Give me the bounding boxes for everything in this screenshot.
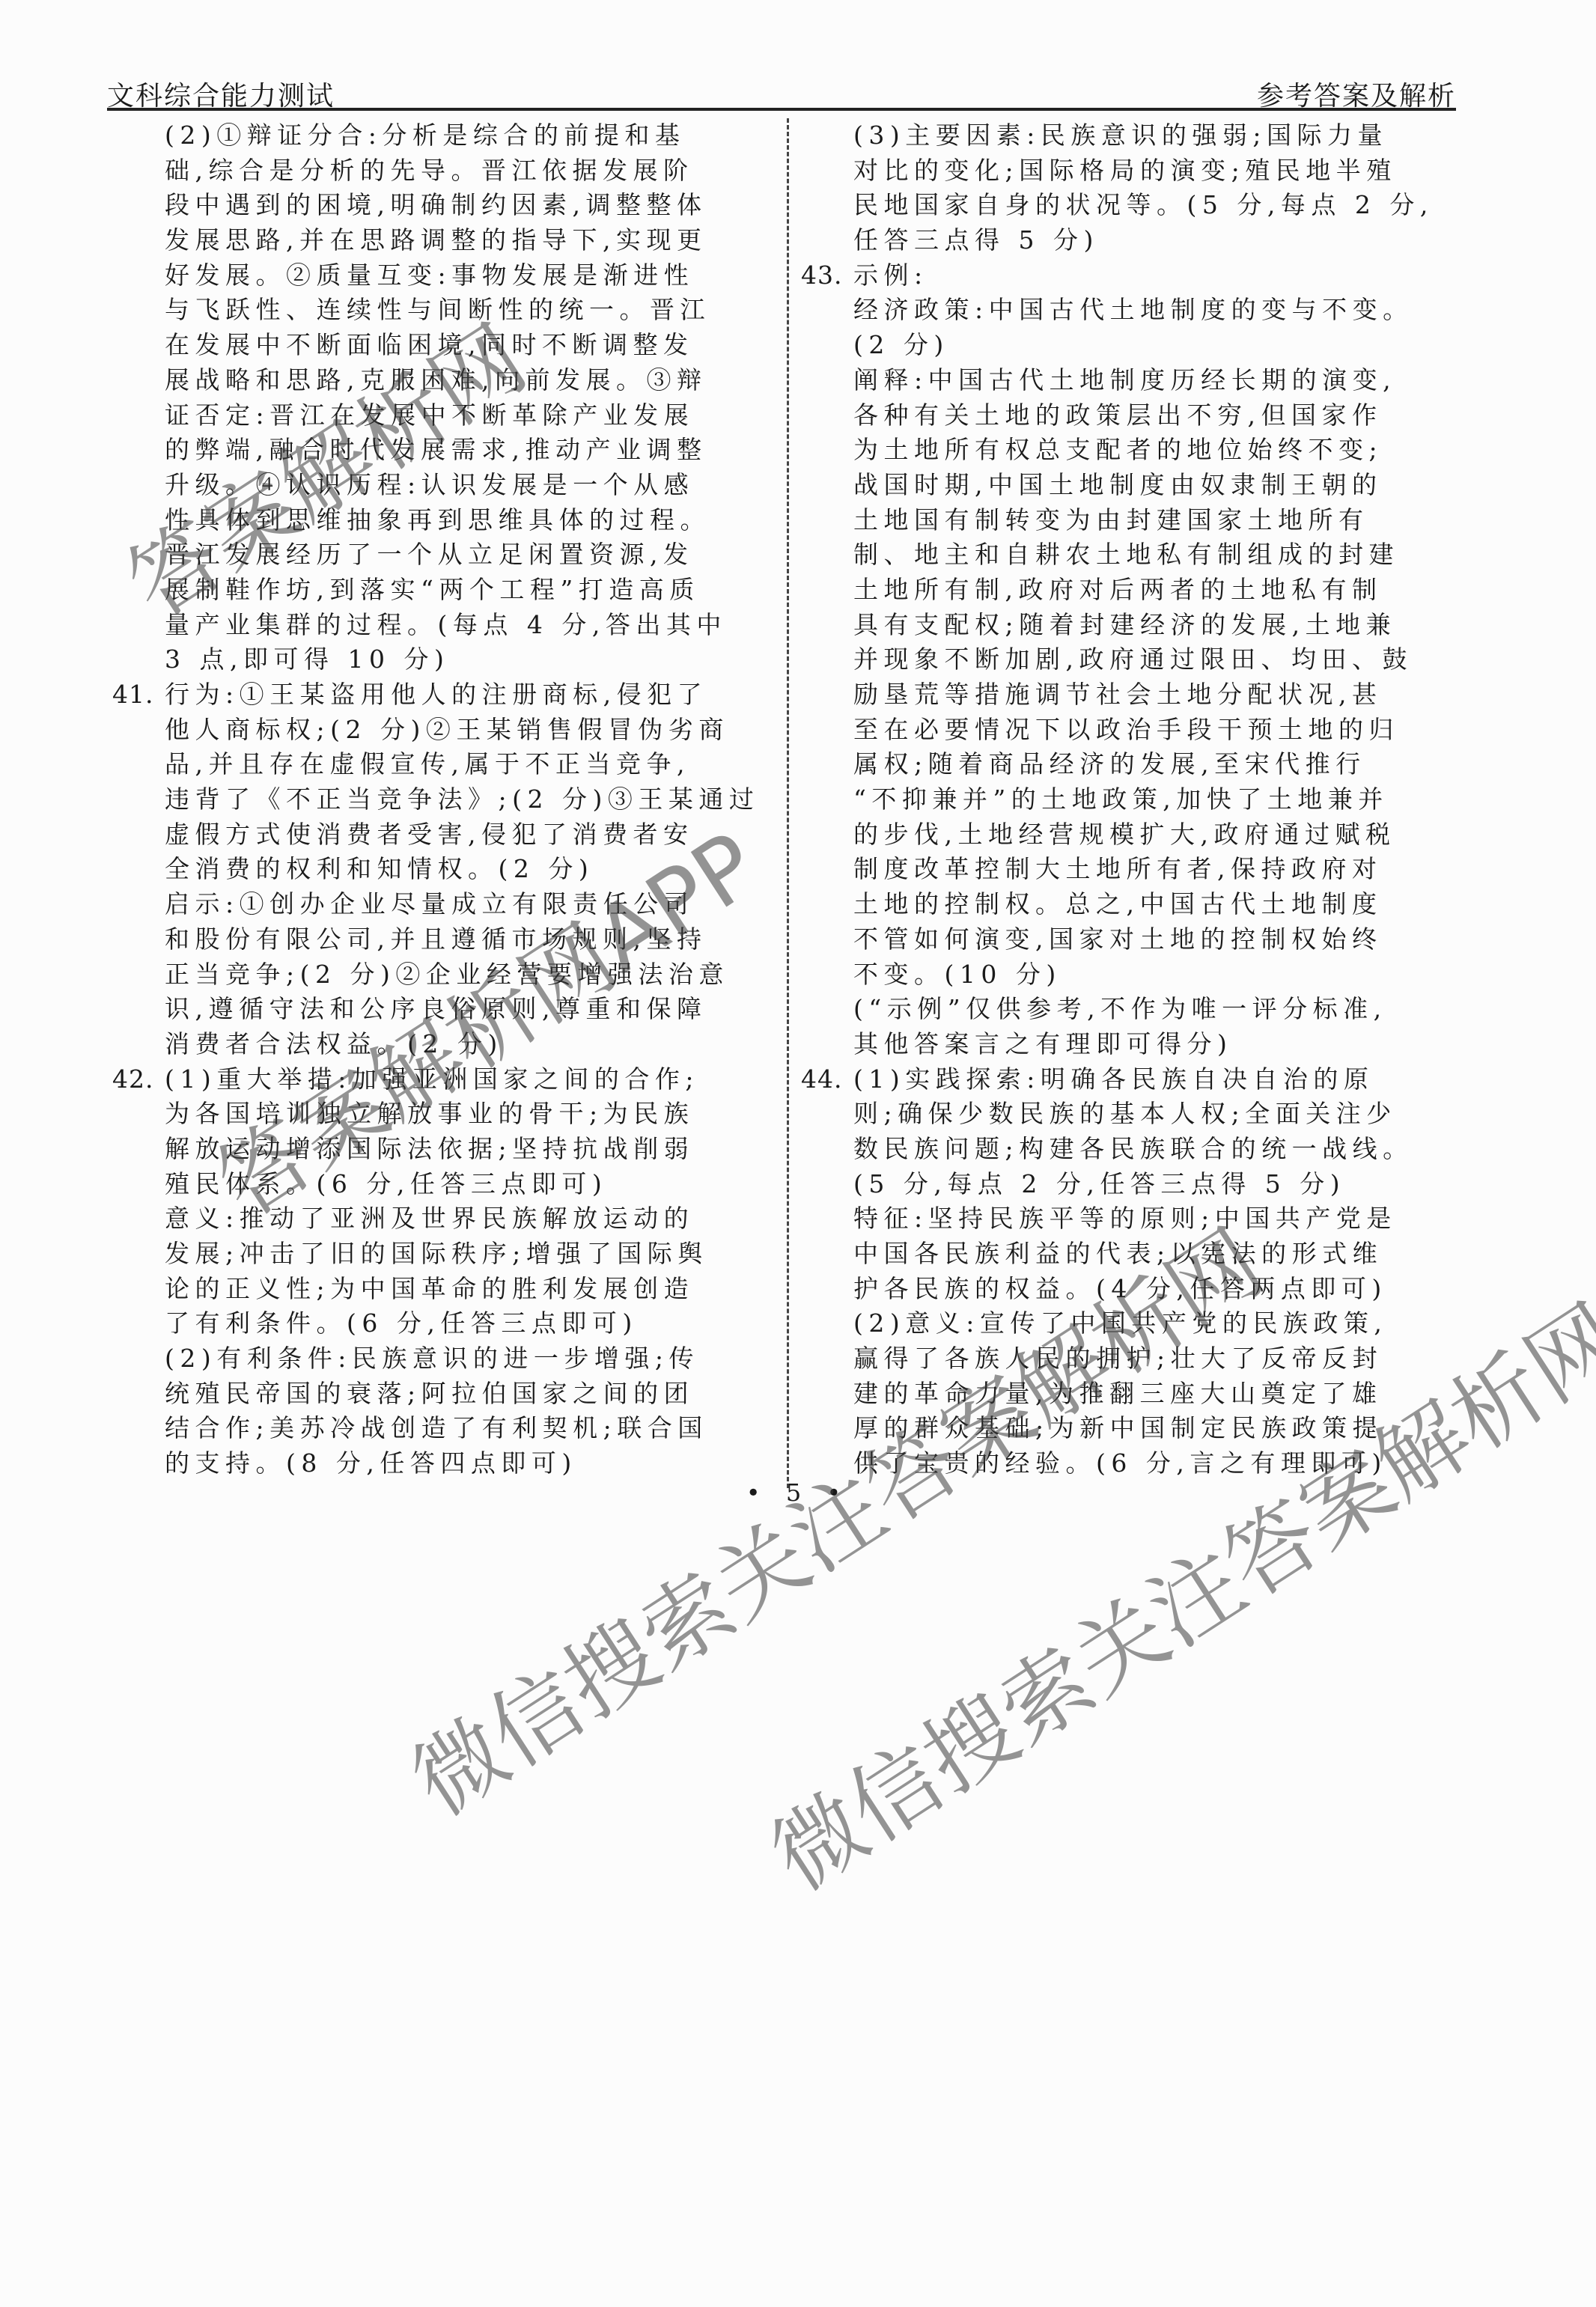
line-text: 展制鞋作坊,到落实“两个工程”打造高质 — [165, 575, 700, 604]
line-text: 建的革命力量,为推翻三座大山奠定了雄 — [853, 1379, 1383, 1408]
line-text: 为土地所有权总支配者的地位始终不变; — [853, 435, 1383, 464]
line-text: 则;确保少数民族的基本人权;全面关注少 — [853, 1099, 1397, 1128]
line-text: 证否定:晋江在发展中不断革除产业发展 — [165, 400, 694, 430]
text-line: 励垦荒等措施调节社会土地分配状况,甚 — [853, 677, 1460, 713]
text-line: 43.示例: — [853, 258, 1460, 293]
text-line: 任答三点得 5 分) — [853, 223, 1460, 258]
text-line: 数民族问题;构建各民族联合的统一战线。 — [853, 1132, 1460, 1167]
line-text: 殖民体系。(6 分,任答三点即可) — [165, 1169, 607, 1198]
line-text: 结合作;美苏冷战创造了有利契机;联合国 — [165, 1413, 708, 1442]
line-text: 对比的变化;国际格局的演变;殖民地半殖 — [853, 156, 1397, 185]
left-answer-column: (2)①辩证分合:分析是综合的前提和基础,综合是分析的先导。晋江依据发展阶段中遇… — [165, 118, 771, 1481]
text-line: 了有利条件。(6 分,任答三点即可) — [165, 1306, 771, 1341]
text-line: 民地国家自身的状况等。(5 分,每点 2 分, — [853, 188, 1460, 223]
text-line: “不抑兼并”的土地政策,加快了土地兼并 — [853, 782, 1460, 817]
text-line: 发展;冲击了旧的国际秩序;增强了国际舆 — [165, 1237, 771, 1272]
text-line: 量产业集群的过程。(每点 4 分,答出其中 — [165, 608, 771, 643]
line-text: 的支持。(8 分,任答四点即可) — [165, 1448, 577, 1478]
text-line: 为土地所有权总支配者的地位始终不变; — [853, 433, 1460, 468]
line-text: 启示:①创办企业尽量成立有限责任公司 — [165, 889, 694, 918]
text-line: (2)意义:宣传了中国共产党的民族政策, — [853, 1306, 1460, 1341]
line-text: 并现象不断加剧,政府通过限田、均田、鼓 — [853, 644, 1413, 674]
line-text: 他人商标权;(2 分)②王某销售假冒伪劣商 — [165, 715, 729, 744]
line-text: (2)意义:宣传了中国共产党的民族政策, — [853, 1308, 1387, 1338]
line-text: 晋江发展经历了一个从立足闲置资源,发 — [165, 540, 694, 569]
line-text: 统殖民帝国的衰落;阿拉伯国家之间的团 — [165, 1379, 694, 1408]
text-line: 土地的控制权。总之,中国古代土地制度 — [853, 887, 1460, 922]
text-line: 供了宝贵的经验。(6 分,言之有理即可) — [853, 1446, 1460, 1481]
line-text: 发展思路,并在思路调整的指导下,实现更 — [165, 225, 707, 255]
line-text: 性具体到思维抽象再到思维具体的过程。 — [165, 505, 710, 534]
text-line: 他人商标权;(2 分)②王某销售假冒伪劣商 — [165, 713, 771, 748]
line-text: 消费者合法权益。(2 分) — [165, 1029, 503, 1058]
text-line: 并现象不断加剧,政府通过限田、均田、鼓 — [853, 642, 1460, 677]
text-line: 解放运动增添国际法依据;坚持抗战削弱 — [165, 1132, 771, 1167]
line-text: 违背了《不正当竞争法》;(2 分)③王某通过 — [165, 784, 759, 814]
line-text: 为各国培训独立解放事业的骨干;为民族 — [165, 1099, 694, 1128]
line-text: 经济政策:中国古代土地制度的变与不变。 — [853, 295, 1413, 324]
line-text: 中国各民族利益的代表;以宪法的形式维 — [853, 1239, 1383, 1268]
text-line: 土地所有制,政府对后两者的土地私有制 — [853, 573, 1460, 608]
text-line: 制、地主和自耕农土地私有制组成的封建 — [853, 537, 1460, 573]
line-text: 土地国有制转变为由封建国家土地所有 — [853, 505, 1369, 534]
text-line: 赢得了各族人民的拥护;壮大了反帝反封 — [853, 1341, 1460, 1377]
line-text: 供了宝贵的经验。(6 分,言之有理即可) — [853, 1448, 1387, 1478]
line-text: 土地所有制,政府对后两者的土地私有制 — [853, 575, 1383, 604]
line-text: 全消费的权利和知情权。(2 分) — [165, 854, 594, 883]
line-text: 特征:坚持民族平等的原则;中国共产党是 — [853, 1204, 1397, 1233]
text-line: (3)主要因素:民族意识的强弱;国际力量 — [853, 118, 1460, 153]
line-text: 发展;冲击了旧的国际秩序;增强了国际舆 — [165, 1239, 708, 1268]
text-line: 性具体到思维抽象再到思维具体的过程。 — [165, 503, 771, 538]
text-line: 识,遵循守法和公序良俗原则,尊重和保障 — [165, 992, 771, 1027]
text-line: 品,并且存在虚假宣传,属于不正当竞争, — [165, 747, 771, 782]
line-text: 各种有关土地的政策层出不穷,但国家作 — [853, 400, 1383, 430]
line-text: 数民族问题;构建各民族联合的统一战线。 — [853, 1134, 1413, 1163]
line-text: 虚假方式使消费者受害,侵犯了消费者安 — [165, 820, 694, 849]
line-text: (5 分,每点 2 分,任答三点得 5 分) — [853, 1169, 1345, 1198]
text-line: 护各民族的权益。(4 分,任答两点即可) — [853, 1272, 1460, 1307]
line-text: 升级。④认识历程:认识发展是一个从感 — [165, 470, 694, 499]
page-number: • 5 • — [0, 1478, 1596, 1507]
line-text: 3 点,即可得 10 分) — [165, 644, 449, 674]
text-line: 展战略和思路,克服困难,向前发展。③辩 — [165, 363, 771, 398]
text-line: 42.(1)重大举措:加强亚洲国家之间的合作; — [165, 1062, 771, 1097]
line-text: 不变。(10 分) — [853, 960, 1062, 989]
line-text: 品,并且存在虚假宣传,属于不正当竞争, — [165, 749, 690, 778]
text-line: 础,综合是分析的先导。晋江依据发展阶 — [165, 153, 771, 189]
line-text: 的弊端,融合时代发展需求,推动产业调整 — [165, 435, 707, 464]
line-text: 励垦荒等措施调节社会土地分配状况,甚 — [853, 680, 1383, 709]
line-text: 民地国家自身的状况等。(5 分,每点 2 分, — [853, 190, 1434, 219]
text-line: 违背了《不正当竞争法》;(2 分)③王某通过 — [165, 782, 771, 817]
line-text: 战国时期,中国土地制度由奴隶制王朝的 — [853, 470, 1383, 499]
text-line: 全消费的权利和知情权。(2 分) — [165, 852, 771, 887]
line-text: 行为:①王某盗用他人的注册商标,侵犯了 — [165, 680, 707, 709]
text-line: 建的革命力量,为推翻三座大山奠定了雄 — [853, 1377, 1460, 1412]
question-number: 43. — [801, 258, 842, 293]
text-line: 则;确保少数民族的基本人权;全面关注少 — [853, 1097, 1460, 1132]
line-text: 的步伐,土地经营规模扩大,政府通过赋税 — [853, 820, 1395, 849]
text-line: 意义:推动了亚洲及世界民族解放运动的 — [165, 1201, 771, 1237]
text-line: 制度改革控制大土地所有者,保持政府对 — [853, 852, 1460, 887]
text-line: (“示例”仅供参考,不作为唯一评分标准, — [853, 992, 1460, 1027]
text-line: 在发展中不断面临困境,同时不断调整发 — [165, 328, 771, 363]
text-line: 为各国培训独立解放事业的骨干;为民族 — [165, 1097, 771, 1132]
line-text: 厚的群众基础;为新中国制定民族政策提 — [853, 1413, 1383, 1442]
line-text: 正当竞争;(2 分)②企业经营要增强法治意 — [165, 960, 729, 989]
text-line: 展制鞋作坊,到落实“两个工程”打造高质 — [165, 573, 771, 608]
right-answer-column: (3)主要因素:民族意识的强弱;国际力量对比的变化;国际格局的演变;殖民地半殖民… — [853, 118, 1460, 1481]
line-text: 意义:推动了亚洲及世界民族解放运动的 — [165, 1204, 694, 1233]
line-text: 属权;随着商品经济的发展,至宋代推行 — [853, 749, 1366, 778]
text-line: 升级。④认识历程:认识发展是一个从感 — [165, 468, 771, 503]
text-line: 对比的变化;国际格局的演变;殖民地半殖 — [853, 153, 1460, 189]
text-line: 段中遇到的困境,明确制约因素,调整整体 — [165, 188, 771, 223]
text-line: 至在必要情况下以政治手段干预土地的归 — [853, 713, 1460, 748]
text-line: 特征:坚持民族平等的原则;中国共产党是 — [853, 1201, 1460, 1237]
line-text: (2)有利条件:民族意识的进一步增强;传 — [165, 1344, 699, 1373]
text-line: 其他答案言之有理即可得分) — [853, 1027, 1460, 1062]
text-line: 厚的群众基础;为新中国制定民族政策提 — [853, 1411, 1460, 1446]
line-text: 好发展。②质量互变:事物发展是渐进性 — [165, 260, 694, 290]
text-line: 具有支配权;随着封建经济的发展,土地兼 — [853, 608, 1460, 643]
line-text: (1)实践探索:明确各民族自决自治的原 — [853, 1064, 1374, 1094]
text-line: 的支持。(8 分,任答四点即可) — [165, 1446, 771, 1481]
line-text: 础,综合是分析的先导。晋江依据发展阶 — [165, 156, 694, 185]
text-line: (2)有利条件:民族意识的进一步增强;传 — [165, 1341, 771, 1377]
text-line: 的步伐,土地经营规模扩大,政府通过赋税 — [853, 817, 1460, 853]
question-number: 44. — [801, 1062, 842, 1097]
question-number: 41. — [112, 677, 153, 713]
line-text: 土地的控制权。总之,中国古代土地制度 — [853, 889, 1383, 918]
line-text: 解放运动增添国际法依据;坚持抗战削弱 — [165, 1134, 694, 1163]
text-line: 属权;随着商品经济的发展,至宋代推行 — [853, 747, 1460, 782]
text-line: 证否定:晋江在发展中不断革除产业发展 — [165, 398, 771, 433]
text-line: 晋江发展经历了一个从立足闲置资源,发 — [165, 537, 771, 573]
line-text: 其他答案言之有理即可得分) — [853, 1029, 1232, 1058]
text-line: 不管如何演变,国家对土地的控制权始终 — [853, 922, 1460, 957]
line-text: 不管如何演变,国家对土地的控制权始终 — [853, 924, 1383, 954]
text-line: 虚假方式使消费者受害,侵犯了消费者安 — [165, 817, 771, 853]
text-line: 与飞跃性、连续性与间断性的统一。晋江 — [165, 293, 771, 328]
line-text: 任答三点得 5 分) — [853, 225, 1099, 255]
text-line: 41.行为:①王某盗用他人的注册商标,侵犯了 — [165, 677, 771, 713]
text-line: 和股份有限公司,并且遵循市场规则,坚持 — [165, 922, 771, 957]
line-text: “不抑兼并”的土地政策,加快了土地兼并 — [853, 784, 1389, 814]
line-text: 具有支配权;随着封建经济的发展,土地兼 — [853, 610, 1396, 639]
text-line: (2 分) — [853, 328, 1460, 363]
line-text: 至在必要情况下以政治手段干预土地的归 — [853, 715, 1399, 744]
text-line: 启示:①创办企业尽量成立有限责任公司 — [165, 887, 771, 922]
line-text: 识,遵循守法和公序良俗原则,尊重和保障 — [165, 994, 707, 1023]
text-line: 土地国有制转变为由封建国家土地所有 — [853, 503, 1460, 538]
line-text: 量产业集群的过程。(每点 4 分,答出其中 — [165, 610, 727, 639]
line-text: (2 分) — [853, 330, 949, 359]
line-text: 了有利条件。(6 分,任答三点即可) — [165, 1308, 638, 1338]
text-line: 各种有关土地的政策层出不穷,但国家作 — [853, 398, 1460, 433]
text-line: 44.(1)实践探索:明确各民族自决自治的原 — [853, 1062, 1460, 1097]
line-text: (2)①辩证分合:分析是综合的前提和基 — [165, 121, 685, 150]
question-number: 42. — [112, 1062, 153, 1097]
document-page: 文科综合能力测试 参考答案及解析 (2)①辩证分合:分析是综合的前提和基础,综合… — [0, 0, 1596, 2307]
line-text: 护各民族的权益。(4 分,任答两点即可) — [853, 1274, 1387, 1303]
line-text: 和股份有限公司,并且遵循市场规则,坚持 — [165, 924, 707, 954]
text-line: 论的正义性;为中国革命的胜利发展创造 — [165, 1272, 771, 1307]
line-text: (1)重大举措:加强亚洲国家之间的合作; — [165, 1064, 699, 1094]
text-line: 战国时期,中国土地制度由奴隶制王朝的 — [853, 468, 1460, 503]
text-line: (5 分,每点 2 分,任答三点得 5 分) — [853, 1167, 1460, 1202]
text-line: 消费者合法权益。(2 分) — [165, 1027, 771, 1062]
text-line: 正当竞争;(2 分)②企业经营要增强法治意 — [165, 957, 771, 993]
text-line: 的弊端,融合时代发展需求,推动产业调整 — [165, 433, 771, 468]
text-line: 殖民体系。(6 分,任答三点即可) — [165, 1167, 771, 1202]
text-line: 结合作;美苏冷战创造了有利契机;联合国 — [165, 1411, 771, 1446]
column-divider — [787, 118, 789, 1488]
line-text: 制、地主和自耕农土地私有制组成的封建 — [853, 540, 1399, 569]
text-line: 经济政策:中国古代土地制度的变与不变。 — [853, 293, 1460, 328]
line-text: 与飞跃性、连续性与间断性的统一。晋江 — [165, 295, 710, 324]
line-text: (“示例”仅供参考,不作为唯一评分标准, — [853, 994, 1387, 1023]
line-text: 在发展中不断面临困境,同时不断调整发 — [165, 330, 694, 359]
line-text: 赢得了各族人民的拥护;壮大了反帝反封 — [853, 1344, 1383, 1373]
text-line: 不变。(10 分) — [853, 957, 1460, 993]
text-line: (2)①辩证分合:分析是综合的前提和基 — [165, 118, 771, 153]
header-rule — [107, 108, 1456, 111]
text-line: 发展思路,并在思路调整的指导下,实现更 — [165, 223, 771, 258]
text-line: 好发展。②质量互变:事物发展是渐进性 — [165, 258, 771, 293]
line-text: 展战略和思路,克服困难,向前发展。③辩 — [165, 365, 707, 394]
line-text: 示例: — [853, 260, 928, 290]
line-text: (3)主要因素:民族意识的强弱;国际力量 — [853, 121, 1388, 150]
line-text: 制度改革控制大土地所有者,保持政府对 — [853, 854, 1383, 883]
text-line: 3 点,即可得 10 分) — [165, 642, 771, 677]
line-text: 阐释:中国古代土地制度历经长期的演变, — [853, 365, 1396, 394]
text-line: 统殖民帝国的衰落;阿拉伯国家之间的团 — [165, 1377, 771, 1412]
line-text: 段中遇到的困境,明确制约因素,调整整体 — [165, 190, 707, 219]
text-line: 中国各民族利益的代表;以宪法的形式维 — [853, 1237, 1460, 1272]
line-text: 论的正义性;为中国革命的胜利发展创造 — [165, 1274, 694, 1303]
text-line: 阐释:中国古代土地制度历经长期的演变, — [853, 363, 1460, 398]
